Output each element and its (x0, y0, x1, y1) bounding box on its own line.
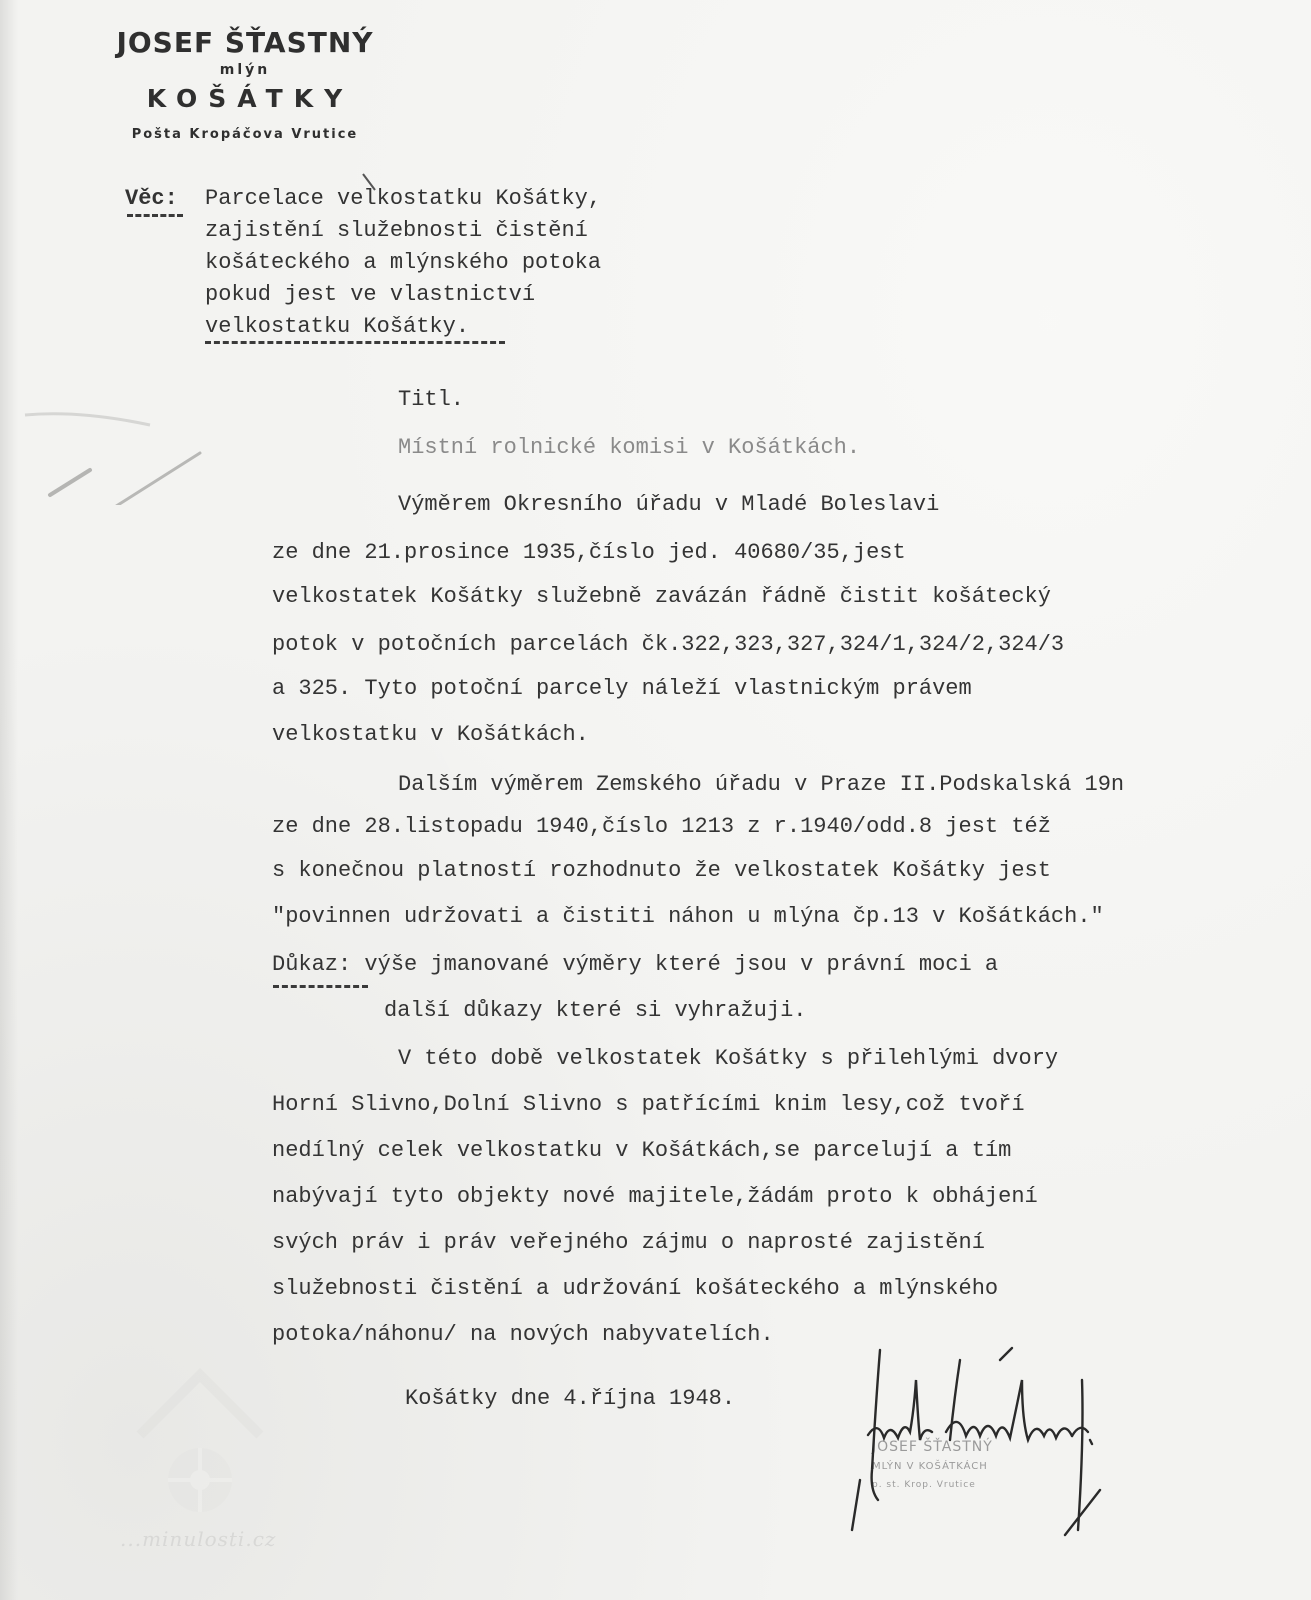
body-line: s konečnou platností rozhodnuto že velko… (272, 858, 1051, 883)
subject-label: Věc: (125, 183, 178, 215)
body-line: ze dne 21.prosince 1935,číslo jed. 40680… (272, 540, 906, 565)
body-line: V této době velkostatek Košátky s přileh… (398, 1046, 1058, 1071)
body-line: Horní Slivno,Dolní Slivno s patřícími kn… (272, 1092, 1025, 1117)
body-line: Dalším výměrem Zemského úřadu v Praze II… (398, 772, 1124, 797)
body-line: služebnosti čistění a udržování košáteck… (272, 1276, 998, 1301)
letterhead-place: KOŠÁTKY (100, 84, 390, 113)
body-line: potoka/náhonu/ na nových nabyvatelích. (272, 1322, 774, 1347)
body-line: další důkazy které si vyhražuji. (384, 998, 806, 1023)
body-line: velkostatek Košátky služebně zavázán řád… (272, 584, 1051, 609)
subject-line: velkostatku Košátky. (205, 311, 765, 343)
body-line: potok v potočních parcelách čk.322,323,3… (272, 632, 1064, 657)
subject-line: Parcelace velkostatku Košátky, (205, 183, 765, 215)
evidence-label-underline (273, 985, 368, 988)
ink-smudge (20, 395, 220, 505)
subject-text: Parcelace velkostatku Košátky, zajistění… (205, 183, 765, 343)
body-line: a 325. Tyto potoční parcely náleží vlast… (272, 676, 972, 701)
handwritten-signature-icon (850, 1340, 1110, 1540)
subject-line: košáteckého a mlýnského potoka (205, 247, 765, 279)
body-line: Výměrem Okresního úřadu v Mladé Boleslav… (398, 492, 939, 517)
letterhead-post: Pošta Kropáčova Vrutice (100, 127, 390, 142)
place-date: Košátky dne 4.října 1948. (405, 1386, 735, 1411)
body-line: nabývají tyto objekty nové majitele,žádá… (272, 1184, 1038, 1209)
watermark-logo-icon (120, 1355, 280, 1555)
subject-line: zajistění služebnosti čistění (205, 215, 765, 247)
body-line: velkostatku v Košátkách. (272, 722, 589, 747)
body-line: svých práv i práv veřejného zájmu o napr… (272, 1230, 985, 1255)
paper-edge-shadow (0, 0, 18, 1600)
letterhead-name: JOSEF ŠŤASTNÝ (100, 26, 390, 60)
subject-underline (205, 341, 505, 344)
subject-line: pokud jest ve vlastnictví (205, 279, 765, 311)
letterhead-business: mlýn (100, 62, 390, 78)
body-line: "povinnen udržovati a čistiti náhon u ml… (272, 904, 1104, 929)
subject-label-underline (127, 214, 183, 217)
evidence-line: Důkaz: výše jmanované výměry které jsou … (272, 952, 998, 977)
body-line: ze dne 28.listopadu 1940,číslo 1213 z r.… (272, 814, 1051, 839)
body-line: nedílný celek velkostatku v Košátkách,se… (272, 1138, 1011, 1163)
watermark-text: ...minulosti.cz (120, 1527, 276, 1551)
addressee: Místní rolnické komisi v Košátkách. (398, 435, 860, 460)
letterhead: JOSEF ŠŤASTNÝ mlýn KOŠÁTKY Pošta Kropáčo… (100, 26, 390, 142)
salutation: Titl. (398, 387, 464, 412)
